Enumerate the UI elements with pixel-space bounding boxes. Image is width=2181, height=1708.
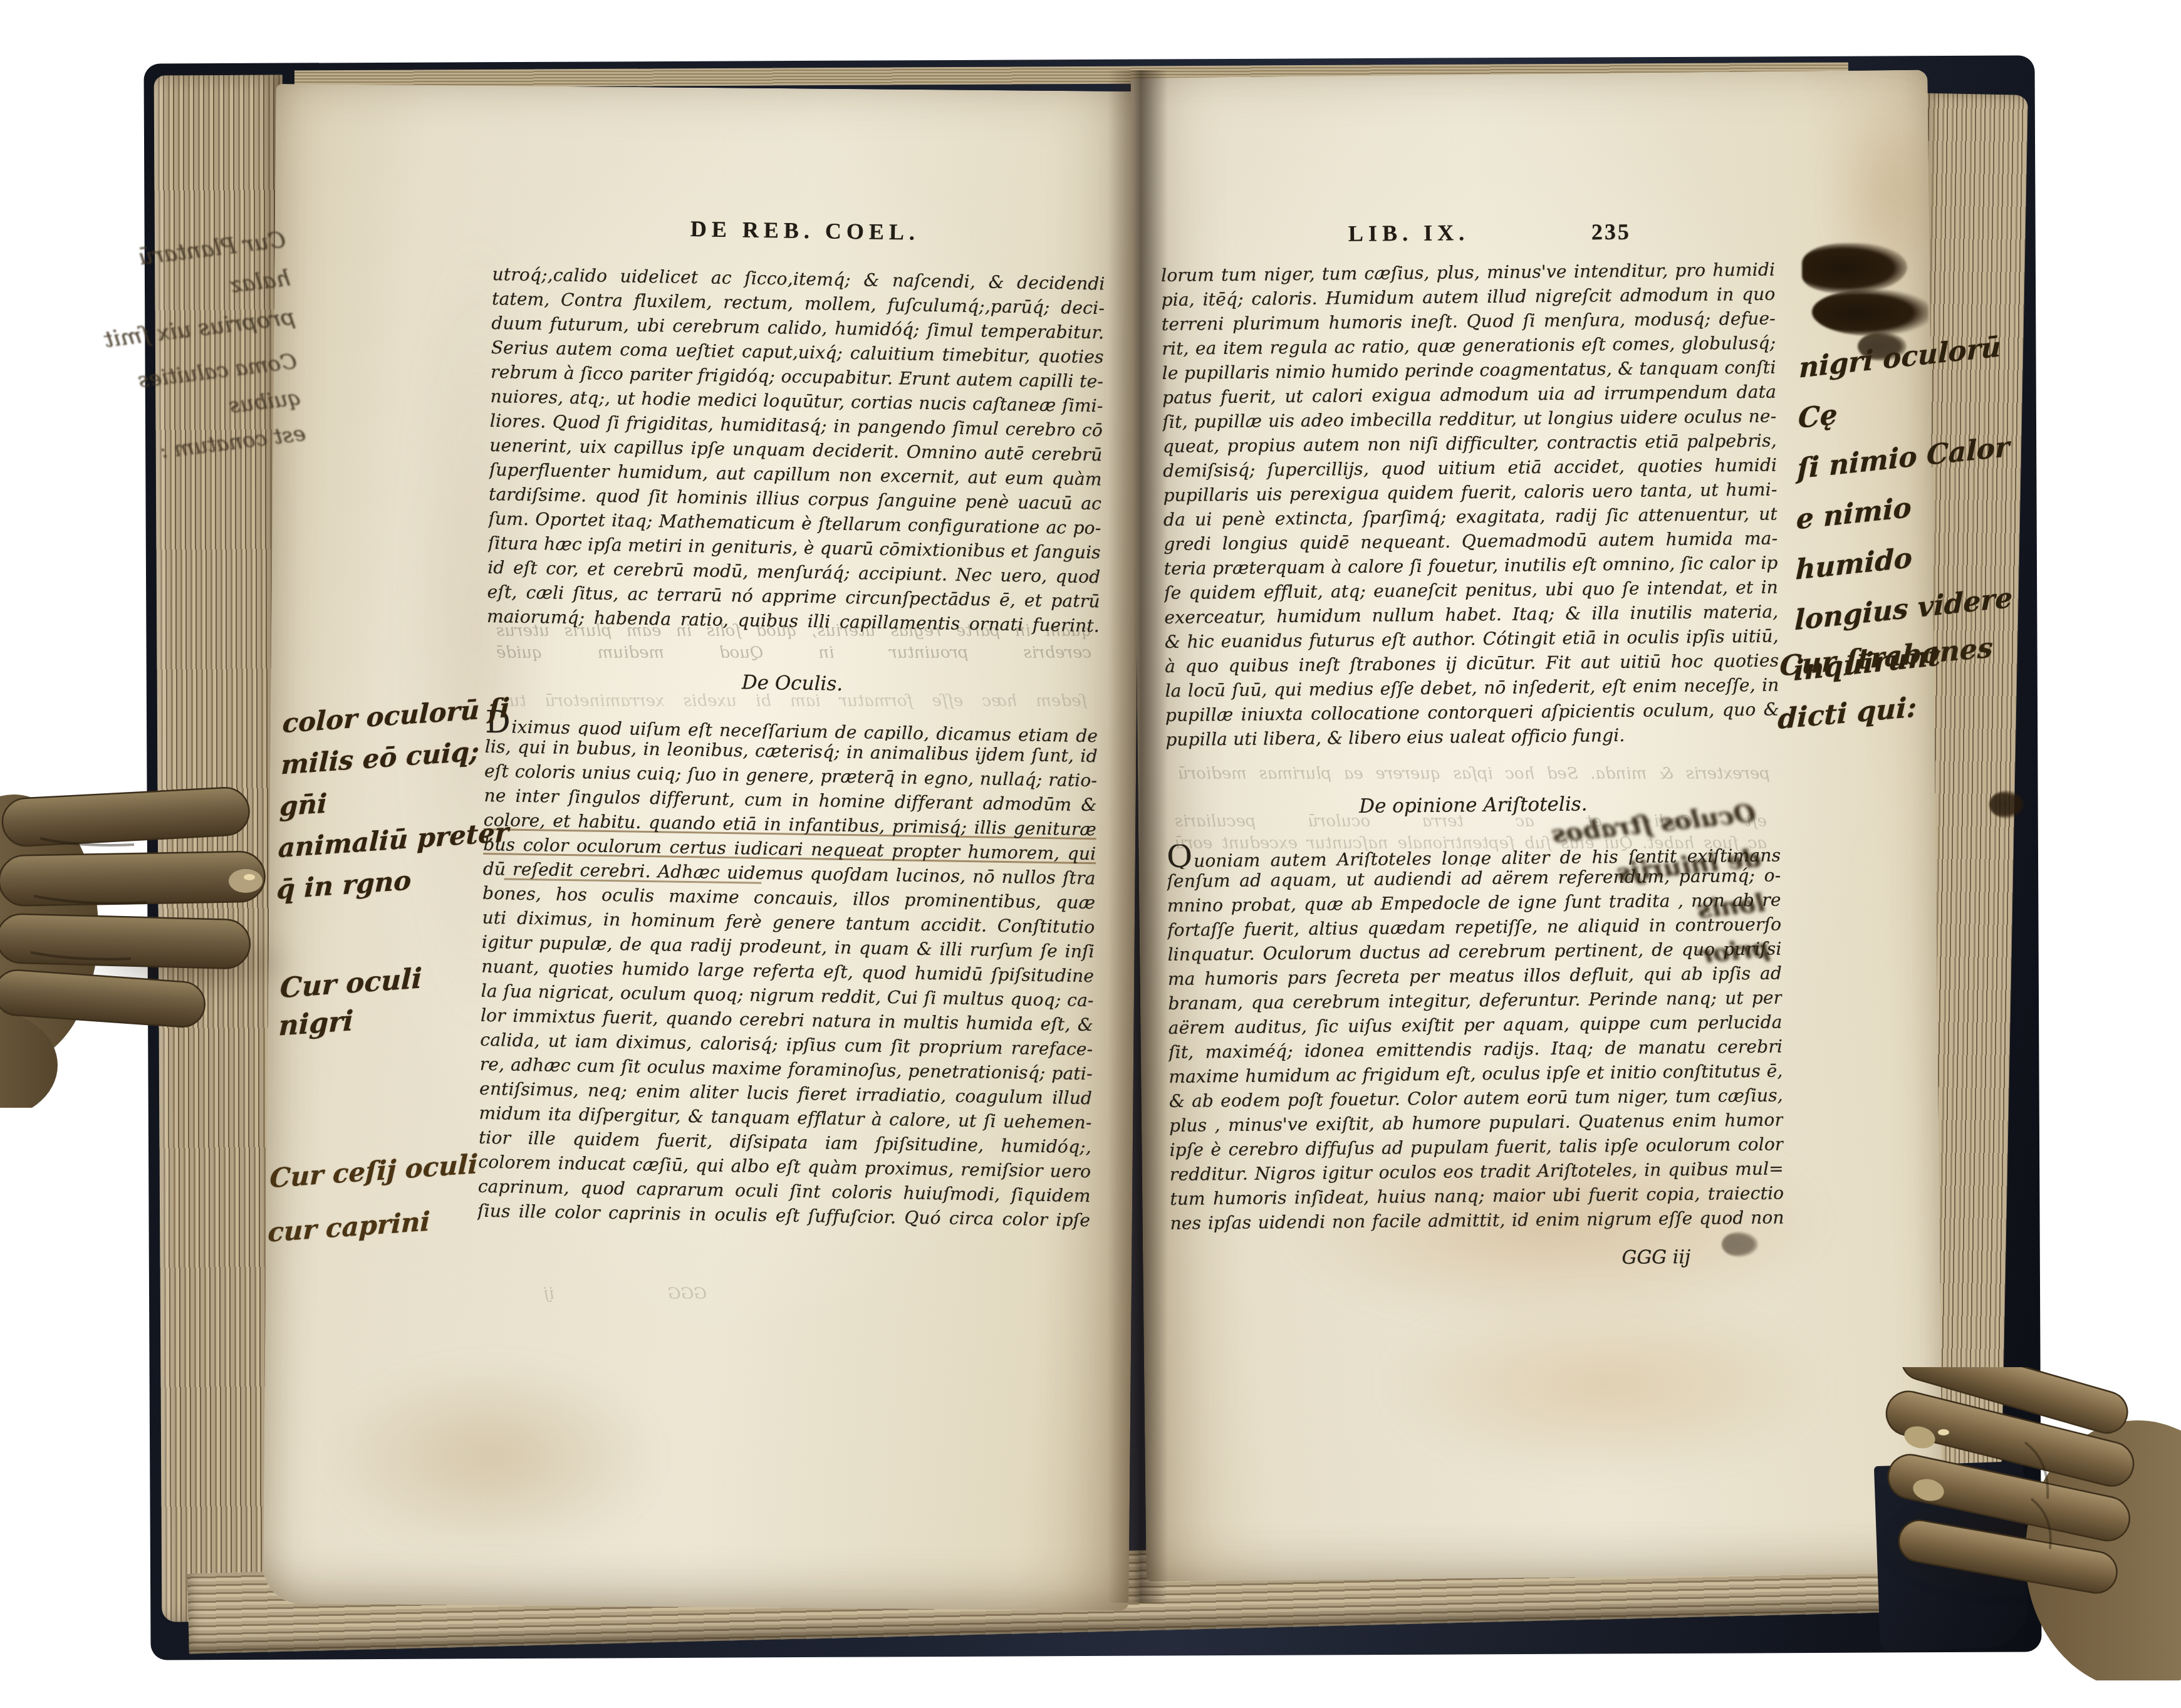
left-section-heading: De Oculis.: [486, 666, 1099, 700]
right-running-header: LIB. IX.: [1348, 220, 1469, 246]
open-book-photo: quam in parte regias uterius, quod ſolis…: [0, 0, 2181, 1708]
left-paragraph-2: Diximus quod uiſum eſt neceſſarium de ca…: [477, 710, 1098, 1232]
marginalia-cur-oculi-nigri: Cur oculi nigri: [278, 954, 506, 1046]
ink-blot: [1722, 1232, 1758, 1257]
right-paragraph-1: lorum tum niger, tum cæſius, plus, minus…: [1161, 258, 1779, 752]
fingernail: [229, 869, 263, 893]
page-stain: [323, 1360, 661, 1554]
text-line: milis eō cuiq; gn̄i: [279, 729, 513, 828]
page-stain: [1378, 1291, 1830, 1479]
page-number: 235: [1591, 219, 1631, 245]
nail-highlight: [244, 874, 255, 880]
gutter-shadow: [1108, 70, 1168, 1603]
marginalia-color-oculorum: color oculorū ſimilis eō cuiq; gn̄ianima…: [276, 687, 514, 910]
ink-blot: [1812, 289, 1929, 336]
left-paragraph-1: utroq́;,calido uidelicet ac ſicco,itemq́…: [487, 262, 1105, 638]
showthrough-signature: GGG ij: [544, 1283, 707, 1305]
bronze-right-hand: [1868, 1367, 2181, 1680]
text-line: GGG ij: [544, 1283, 707, 1305]
bronze-left-hand: [0, 782, 286, 1108]
text-line: nes ipſas uidendi non facile admittit, i…: [1170, 1205, 1784, 1236]
marginalia-cur-cesij-oculi: Cur ceſij oculicur caprini: [267, 1136, 496, 1260]
marginalia-smudged-note: Oculos ſtrabosde iniurijs lonisprior: [1541, 791, 1772, 992]
text-line: Cur oculi nigri: [278, 954, 506, 1046]
left-page-text-column: utroq́;,calido uidelicet ac ſicco,itemq́…: [477, 262, 1105, 1232]
right-page-text-column: lorum tum niger, tum cæſius, plus, minus…: [1161, 258, 1784, 1274]
nail-highlight: [1938, 1429, 1949, 1435]
text-line: pupilla uti libera, & libero eius ualeat…: [1165, 722, 1779, 752]
ink-blot: [1989, 791, 2024, 818]
